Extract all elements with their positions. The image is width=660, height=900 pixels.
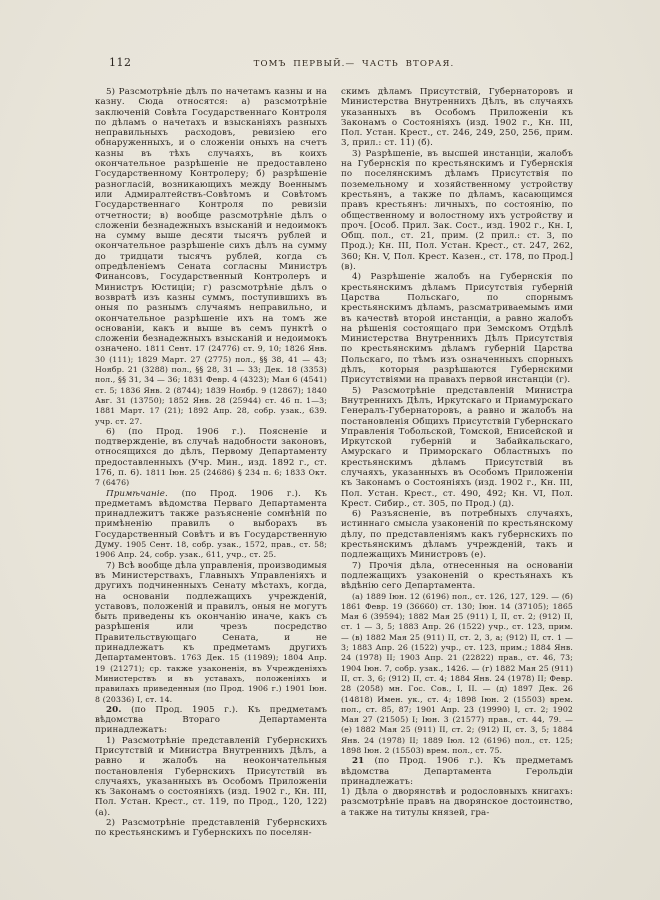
article-number: 21: [352, 756, 364, 766]
paragraph-item-1: 1) Разсмотрѣніе представленій Губернских…: [95, 736, 327, 818]
paragraph-article-20: 20. (по Прод. 1905 г.). Къ предметамъ вѣ…: [95, 705, 327, 736]
paragraph-item-2: 2) Разсмотрѣніе представленій Губернских…: [95, 818, 327, 839]
paragraph-article-21: 21 (по Прод. 1906 г.). Къ предметамъ вѣд…: [341, 756, 573, 787]
running-title: ТОМЪ ПЕРВЫЙ.— ЧАСТЬ ВТОРАЯ.: [95, 59, 613, 69]
scanned-book-page: 112 ТОМЪ ПЕРВЫЙ.— ЧАСТЬ ВТОРАЯ. 5) Разсм…: [0, 0, 660, 900]
page-header: 112 ТОМЪ ПЕРВЫЙ.— ЧАСТЬ ВТОРАЯ.: [95, 56, 573, 72]
footnote-citations: (а) 1889 Іюн. 12 (6196) пол., ст. 126, 1…: [341, 592, 573, 757]
paragraph-item-4: 4) Разрѣшеніе жалобъ на Губернскія по кр…: [341, 272, 573, 385]
paragraph-note: Примѣчаніе. (по Прод. 1906 г.). Къ предм…: [95, 489, 327, 561]
paragraph-item-6: 6) (по Прод. 1906 г.). Поясненіе и подтв…: [95, 427, 327, 489]
two-column-body: 5) Разсмотрѣніе дѣлъ по начетамъ казны и…: [95, 87, 573, 839]
note-label: Примѣчаніе.: [106, 489, 168, 499]
paragraph-item-5-dept2: 5) Разсмотрѣніе представленій Министра В…: [341, 386, 573, 510]
paragraph-item-7-dept2: 7) Прочія дѣла, отнесенныя на основаніи …: [341, 561, 573, 592]
paragraph-item-1-heraldry: 1) Дѣла о дворянствѣ и родословныхъ книг…: [341, 787, 573, 818]
paragraph-item-3: 3) Разрѣшеніе, въ высшей инстанціи, жало…: [341, 149, 573, 273]
paragraph-item-2-continued: скимъ дѣламъ Присутствій, Губернаторовъ …: [341, 87, 573, 149]
left-column: 5) Разсмотрѣніе дѣлъ по начетамъ казны и…: [95, 87, 327, 839]
citation-inline: 1905 Сент. 18, собр. узак., 1572, прав.,…: [95, 540, 327, 559]
paragraph-item-5: 5) Разсмотрѣніе дѣлъ по начетамъ казны и…: [95, 87, 327, 427]
right-column: скимъ дѣламъ Присутствій, Губернаторовъ …: [341, 87, 573, 839]
paragraph-item-6-dept2: 6) Разъясненіе, въ потребныхъ случаяхъ, …: [341, 509, 573, 560]
paragraph-item-7: 7) Всѣ вообще дѣла управленія, производи…: [95, 561, 327, 705]
citation-inline: 1811 Сент. 17 (24776) ст. 9, 10; 1826 Ян…: [95, 344, 327, 425]
text-block: 112 ТОМЪ ПЕРВЫЙ.— ЧАСТЬ ВТОРАЯ. 5) Разсм…: [95, 56, 573, 839]
article-number: 20.: [106, 705, 121, 715]
